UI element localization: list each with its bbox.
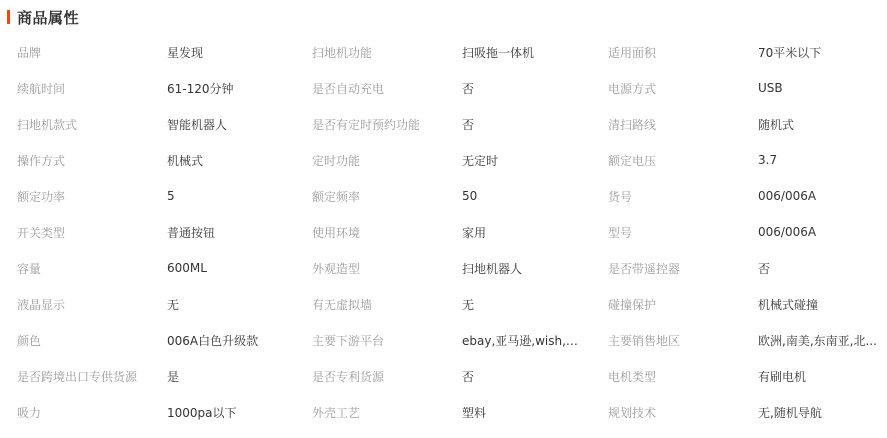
attribute-label: 有无虚拟墙 (312, 296, 457, 313)
attribute-value: 006/006A (758, 189, 880, 203)
attribute-value: 50 (462, 189, 587, 203)
attribute-row: 品牌 星发现 扫地机功能 扫吸拖一体机 适用面积 70平米以下 (0, 34, 887, 70)
attribute-value: 智能机器人 (167, 116, 307, 133)
attribute-value: 普通按钮 (167, 224, 307, 241)
attribute-value: 006/006A (758, 225, 880, 239)
attribute-value: 机械式碰撞 (758, 296, 880, 313)
attribute-label: 液晶显示 (17, 296, 162, 313)
attribute-row: 扫地机款式 智能机器人 是否有定时预约功能 否 清扫路线 随机式 (0, 106, 887, 142)
section-header: 商品属性 (7, 8, 79, 26)
attribute-label: 外壳工艺 (312, 404, 457, 421)
attributes-grid: 品牌 星发现 扫地机功能 扫吸拖一体机 适用面积 70平米以下 续航时间 61-… (0, 34, 887, 430)
attribute-label: 使用环境 (312, 224, 457, 241)
attribute-value: 无 (167, 296, 307, 313)
attribute-value: 欧洲,南美,东南亚,北... (758, 332, 880, 349)
attribute-label: 主要下游平台 (312, 332, 457, 349)
attribute-label: 是否有定时预约功能 (312, 116, 457, 133)
attribute-label: 操作方式 (17, 152, 162, 169)
attribute-value: 无 (462, 296, 587, 313)
attribute-value: 是 (167, 368, 307, 385)
product-attributes-panel: 商品属性 品牌 星发现 扫地机功能 扫吸拖一体机 适用面积 70平米以下 续航时… (0, 0, 887, 438)
attribute-row: 续航时间 61-120分钟 是否自动充电 否 电源方式 USB (0, 70, 887, 106)
attribute-label: 规划技术 (608, 404, 753, 421)
attribute-value: USB (758, 81, 880, 95)
attribute-value: 否 (462, 116, 587, 133)
attribute-label: 电机类型 (608, 368, 753, 385)
attribute-value: 600ML (167, 261, 307, 275)
attribute-value: 5 (167, 189, 307, 203)
attribute-label: 颜色 (17, 332, 162, 349)
attribute-label: 是否专利货源 (312, 368, 457, 385)
attribute-label: 货号 (608, 188, 753, 205)
attribute-value: 无,随机导航 (758, 404, 880, 421)
attribute-label: 定时功能 (312, 152, 457, 169)
attribute-value: 随机式 (758, 116, 880, 133)
attribute-row: 吸力 1000pa以下 外壳工艺 塑料 规划技术 无,随机导航 (0, 394, 887, 430)
attribute-label: 是否自动充电 (312, 80, 457, 97)
attribute-row: 额定功率 5 额定频率 50 货号 006/006A (0, 178, 887, 214)
attribute-value: 机械式 (167, 152, 307, 169)
attribute-label: 碰撞保护 (608, 296, 753, 313)
attribute-label: 续航时间 (17, 80, 162, 97)
attribute-label: 额定功率 (17, 188, 162, 205)
attribute-label: 额定频率 (312, 188, 457, 205)
attribute-value: 扫吸拖一体机 (462, 44, 587, 61)
attribute-value: 有刷电机 (758, 368, 880, 385)
attribute-label: 容量 (17, 260, 162, 277)
attribute-row: 容量 600ML 外观造型 扫地机器人 是否带遥控器 否 (0, 250, 887, 286)
attribute-row: 颜色 006A白色升级款 主要下游平台 ebay,亚马逊,wish,速... 主… (0, 322, 887, 358)
attribute-label: 是否跨境出口专供货源 (17, 368, 162, 385)
attribute-value: ebay,亚马逊,wish,速... (462, 332, 587, 349)
attribute-label: 清扫路线 (608, 116, 753, 133)
attribute-value: 家用 (462, 224, 587, 241)
attribute-row: 操作方式 机械式 定时功能 无定时 额定电压 3.7 (0, 142, 887, 178)
attribute-label: 品牌 (17, 44, 162, 61)
section-title: 商品属性 (17, 7, 79, 28)
attribute-value: 扫地机器人 (462, 260, 587, 277)
attribute-value: 3.7 (758, 153, 880, 167)
attribute-label: 型号 (608, 224, 753, 241)
attribute-label: 扫地机款式 (17, 116, 162, 133)
attribute-value: 否 (462, 368, 587, 385)
attribute-value: 星发现 (167, 44, 307, 61)
attribute-row: 开关类型 普通按钮 使用环境 家用 型号 006/006A (0, 214, 887, 250)
attribute-value: 1000pa以下 (167, 404, 307, 421)
attribute-label: 额定电压 (608, 152, 753, 169)
title-accent-bar (7, 10, 10, 24)
attribute-row: 液晶显示 无 有无虚拟墙 无 碰撞保护 机械式碰撞 (0, 286, 887, 322)
attribute-value: 否 (758, 260, 880, 277)
attribute-value: 006A白色升级款 (167, 332, 307, 349)
attribute-value: 无定时 (462, 152, 587, 169)
attribute-label: 是否带遥控器 (608, 260, 753, 277)
attribute-label: 主要销售地区 (608, 332, 753, 349)
attribute-value: 否 (462, 80, 587, 97)
attribute-value: 70平米以下 (758, 44, 880, 61)
attribute-label: 扫地机功能 (312, 44, 457, 61)
attribute-label: 适用面积 (608, 44, 753, 61)
attribute-label: 外观造型 (312, 260, 457, 277)
attribute-label: 电源方式 (608, 80, 753, 97)
attribute-label: 吸力 (17, 404, 162, 421)
attribute-value: 塑料 (462, 404, 587, 421)
attribute-label: 开关类型 (17, 224, 162, 241)
attribute-value: 61-120分钟 (167, 80, 307, 97)
attribute-row: 是否跨境出口专供货源 是 是否专利货源 否 电机类型 有刷电机 (0, 358, 887, 394)
